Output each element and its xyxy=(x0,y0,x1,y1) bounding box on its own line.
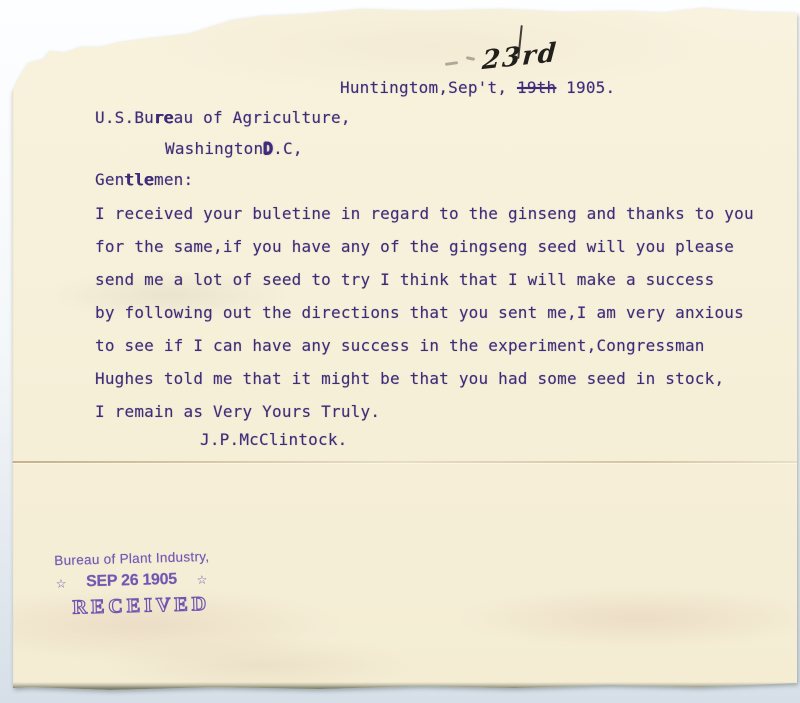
letter-paper: Huntingtom,Sep't, 19th 1905. 23rd U.S.Bu… xyxy=(0,0,800,703)
letter-body-line: for the same,if you have any of the ging… xyxy=(95,237,734,256)
paper-bottom-edge xyxy=(0,682,800,691)
salutation-text: men: xyxy=(154,170,193,189)
salutation-text: Gen xyxy=(95,170,125,189)
overstruck-chars: tle xyxy=(125,170,155,189)
star-icon: ☆ xyxy=(197,570,208,587)
star-icon: ☆ xyxy=(56,574,67,591)
recipient-text: Washington xyxy=(165,139,263,158)
date-year: 1905. xyxy=(556,78,615,97)
overstruck-chars: re xyxy=(154,108,174,127)
letter-body-line: send me a lot of seed to try I think tha… xyxy=(95,270,714,289)
pencil-smudge xyxy=(466,56,475,61)
letter-body-line: by following out the directions that you… xyxy=(95,303,744,322)
salutation: Gentlemen: xyxy=(95,170,193,189)
recipient-line-2: WashingtonD.C, xyxy=(165,139,303,158)
signature: J.P.McClintock. xyxy=(200,430,348,449)
received-stamp: Bureau of Plant Industry, ☆ SEP 26 1905 … xyxy=(54,549,211,620)
paper-left-edge-shading xyxy=(10,80,14,693)
paper-shadow: Huntingtom,Sep't, 19th 1905. 23rd U.S.Bu… xyxy=(0,0,800,703)
letter-body-line: I remain as Very Yours Truly. xyxy=(95,402,380,421)
recipient-text: au of Agriculture, xyxy=(174,108,351,127)
recipient-text: .C, xyxy=(273,139,303,158)
letter-body-line: to see if I can have any success in the … xyxy=(95,336,705,355)
overstruck-chars: D xyxy=(263,139,273,158)
scan-background: Huntingtom,Sep't, 19th 1905. 23rd U.S.Bu… xyxy=(0,0,800,703)
stamp-date-row: ☆ SEP 26 1905 ☆ xyxy=(56,570,211,592)
letter-body-line: Hughes told me that it might be that you… xyxy=(95,369,724,388)
pencil-smudge xyxy=(445,61,458,66)
fold-crease xyxy=(0,461,800,463)
struck-typed-date: 19th xyxy=(517,78,556,97)
recipient-text: U.S.Bu xyxy=(95,108,154,127)
date-line: Huntingtom,Sep't, 19th 1905. xyxy=(340,78,615,97)
date-prefix: Huntingtom,Sep't, xyxy=(340,78,517,97)
stamp-date: SEP 26 1905 xyxy=(86,571,177,592)
stamp-office-name: Bureau of Plant Industry, xyxy=(54,549,209,568)
recipient-line-1: U.S.Bureau of Agriculture, xyxy=(95,108,351,127)
stamp-received-text: RECEIVED xyxy=(72,593,211,620)
letter-body-line: I received your buletine in regard to th… xyxy=(95,204,754,223)
